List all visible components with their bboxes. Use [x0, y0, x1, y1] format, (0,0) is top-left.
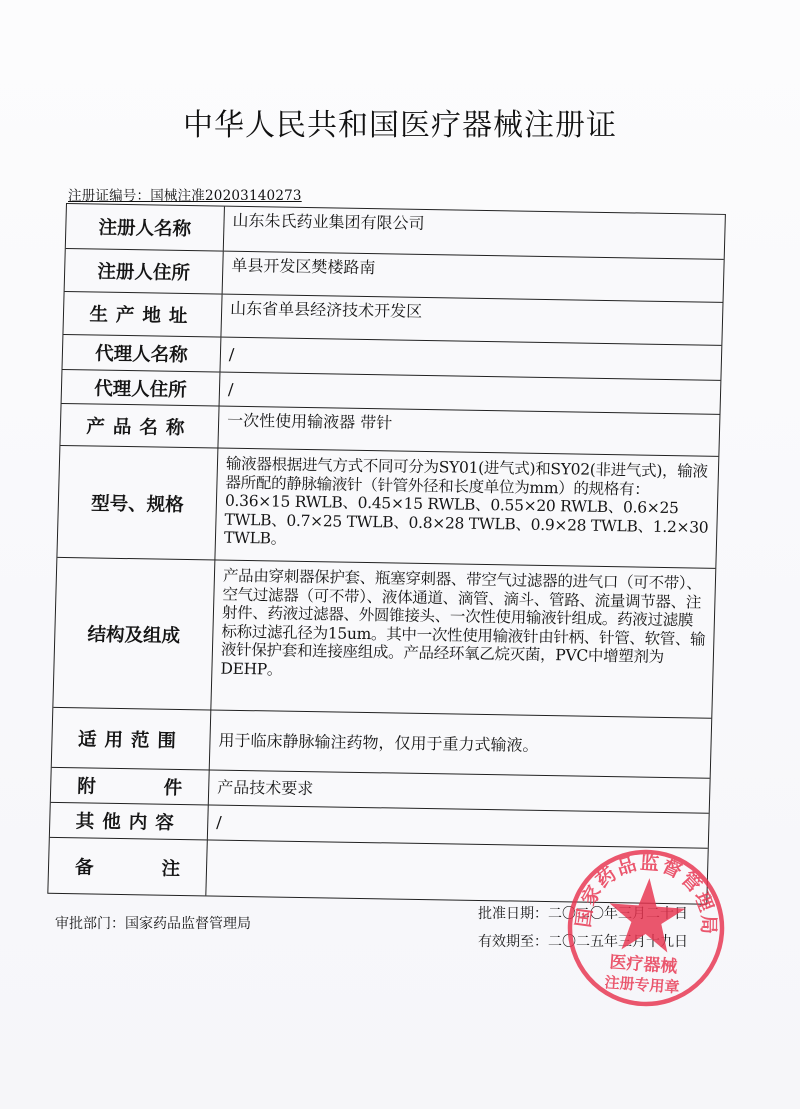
- row-value: 山东朱氏药业集团有限公司: [224, 207, 725, 259]
- row-value: 山东省单县经济技术开发区: [221, 295, 722, 345]
- row-label-left: 备: [75, 853, 94, 879]
- row-label: 生产地址: [63, 292, 222, 337]
- row-value: 单县开发区樊楼路南: [223, 252, 724, 302]
- row-value: 输液器根据进气方式不同可分为SY01(进气式)和SY02(非进气式)，输液器所配…: [215, 449, 718, 568]
- table-row-remarks: 备 注: [48, 837, 707, 904]
- row-label: 代理人名称: [63, 335, 222, 372]
- valid-until: 有效期至：二〇二五年三月十九日: [478, 928, 688, 956]
- document-title: 中华人民共和国医疗器械注册证: [0, 100, 800, 144]
- valid-until-value: 二〇二五年三月十九日: [548, 934, 688, 950]
- row-label: 注册人名称: [66, 204, 225, 251]
- row-label: 注册人住所: [65, 249, 224, 294]
- approval-date-label: 批准日期：: [478, 906, 548, 922]
- approval-date-value: 二〇二〇年三月二十日: [548, 906, 688, 922]
- certificate-number-line: 注册证编号：国械注准20203140273: [68, 184, 302, 204]
- certificate-number-label: 注册证编号：: [68, 188, 150, 204]
- certificate-page: 中华人民共和国医疗器械注册证 注册证编号：国械注准20203140273 注册人…: [0, 0, 800, 1109]
- approval-department: 审批部门：国家药品监督管理局: [55, 913, 251, 933]
- approval-date: 批准日期：二〇二〇年三月二十日: [478, 900, 688, 928]
- row-label: 型号、规格: [57, 446, 218, 560]
- row-label: 结构及组成: [53, 558, 215, 710]
- row-label: 其他内容: [50, 803, 209, 840]
- row-label-right: 件: [163, 774, 182, 800]
- row-label: 产品名称: [60, 404, 219, 448]
- row-label: 备 注: [48, 838, 207, 896]
- row-label: 适用范围: [52, 708, 212, 770]
- row-value: 产品由穿刺器保护套、瓶塞穿刺器、带空气过滤器的进气口（可不带）、空气过滤器（可不…: [211, 561, 715, 718]
- row-label-right: 注: [161, 854, 180, 880]
- registration-table: 注册人名称 山东朱氏药业集团有限公司 注册人住所 单县开发区樊楼路南 生产地址 …: [47, 203, 726, 905]
- certificate-number: 国械注准20203140273: [150, 188, 301, 204]
- valid-until-label: 有效期至：: [478, 934, 548, 950]
- row-value: 一次性使用输液器 带针: [218, 407, 719, 456]
- row-value: 用于临床静脉输注药物，仅用于重力式输液。: [210, 710, 712, 777]
- row-label-left: 附: [77, 772, 96, 798]
- row-label: 代理人住所: [62, 370, 221, 406]
- table-row-scope: 适用范围 用于临床静脉输注药物，仅用于重力式输液。: [52, 707, 712, 778]
- stamp-center-line2: 注册专用章: [604, 973, 680, 996]
- dates-block: 批准日期：二〇二〇年三月二十日 有效期至：二〇二五年三月十九日: [478, 900, 688, 956]
- row-value: [206, 840, 707, 903]
- approval-department-label: 审批部门：: [55, 916, 125, 932]
- table-row-structure: 结构及组成 产品由穿刺器保护套、瓶塞穿刺器、带空气过滤器的进气口（可不带）、空气…: [53, 557, 715, 718]
- approval-department-value: 国家药品监督管理局: [125, 916, 251, 932]
- table-row-model-spec: 型号、规格 输液器根据进气方式不同可分为SY01(进气式)和SY02(非进气式)…: [57, 445, 718, 568]
- row-label: 附 件: [51, 768, 210, 805]
